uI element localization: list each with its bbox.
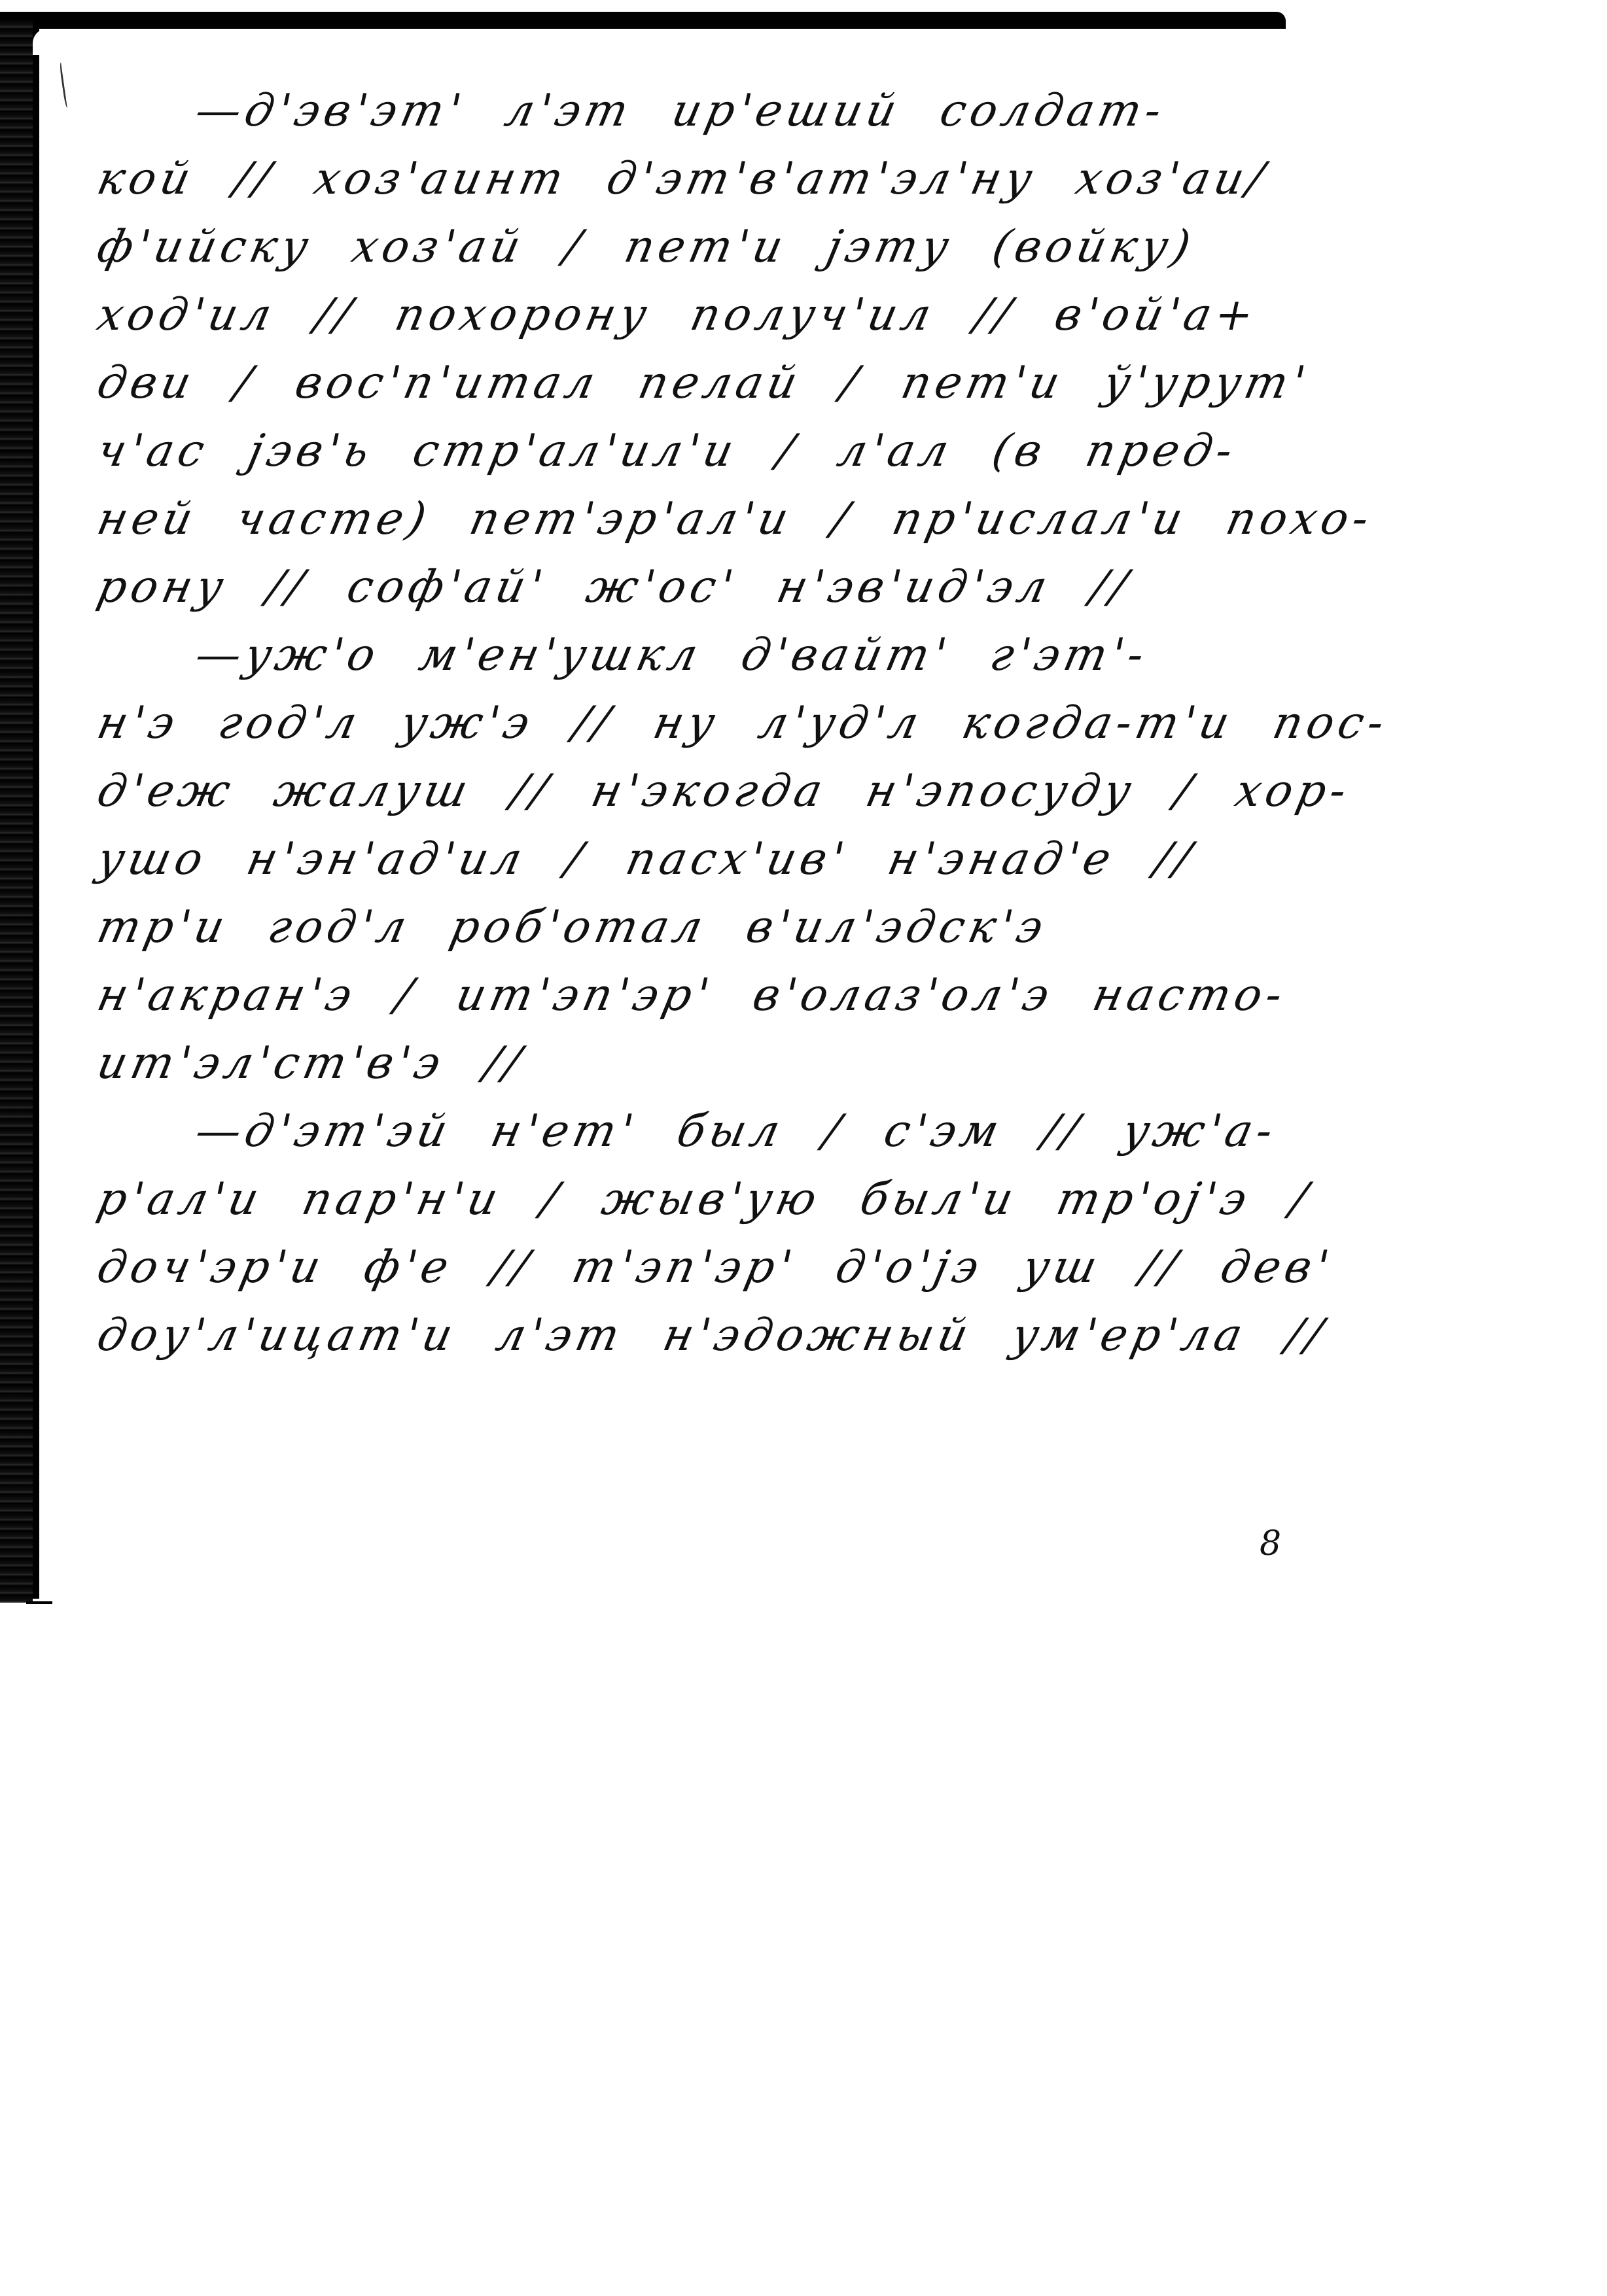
manuscript-line: ч'ас jэв'ь стр'ал'ил'и / л'ал (в пред- [91, 417, 1257, 485]
manuscript-line: кой // хоз'аинт д'эт'в'ат'эл'ну хоз'аи/ [91, 145, 1257, 213]
page-corner [33, 29, 59, 55]
manuscript-line: ней часте) пет'эр'ал'и / пр'ислал'и похо… [91, 485, 1257, 553]
manuscript-line: н'акран'э / ит'эп'эр' в'олаз'ол'э насто- [91, 962, 1257, 1030]
page-number: 8 [1260, 1524, 1281, 1563]
manuscript-line: —д'эв'эт' л'эт ир'еший солдат- [91, 77, 1257, 145]
scan-border-top [0, 12, 1286, 29]
manuscript-line: ит'эл'ст'в'э // [91, 1030, 1257, 1098]
manuscript-line: ушо н'эн'ад'ил / пасх'ив' н'энад'е // [91, 826, 1257, 894]
manuscript-line: доу'л'ицат'и л'эт н'эдожный ум'ер'ла // [91, 1302, 1257, 1370]
manuscript-line: р'ал'и пар'н'и / жыв'ую был'и тр'ој'э / [91, 1166, 1257, 1234]
manuscript-text-block: —д'эв'эт' л'эт ир'еший солдат-кой // хоз… [98, 77, 1250, 1370]
manuscript-line: рону // соф'ай' ж'ос' н'эв'ид'эл // [91, 553, 1257, 621]
scan-border-left [0, 20, 33, 1603]
manuscript-line: д'еж жалуш // н'экогда н'эпосуду / хор- [91, 757, 1257, 826]
manuscript-line: ход'ил // похорону получ'ил // в'ой'а+ [91, 281, 1257, 349]
scan-border-left-inner [33, 29, 39, 1599]
manuscript-line: ф'ийску хоз'ай / пет'и jэту (войку) [91, 213, 1257, 281]
manuscript-line: н'э год'л уж'э // ну л'уд'л когда-т'и по… [91, 689, 1257, 757]
manuscript-line: —д'эт'эй н'ет' был / с'эм // уж'а- [91, 1098, 1257, 1166]
manuscript-line: —уж'о м'ен'ушкл д'вайт' г'эт'- [91, 621, 1257, 689]
manuscript-line: доч'эр'и ф'е // т'эп'эр' д'о'jэ уш // де… [91, 1234, 1257, 1302]
page-bottom-tick [26, 1601, 52, 1604]
manuscript-line: дви / вос'п'итал пелай / пет'и ў'урут' [91, 349, 1257, 417]
margin-pencil-mark [59, 62, 70, 108]
manuscript-line: тр'и год'л роб'отал в'ил'эдск'э [91, 894, 1257, 962]
